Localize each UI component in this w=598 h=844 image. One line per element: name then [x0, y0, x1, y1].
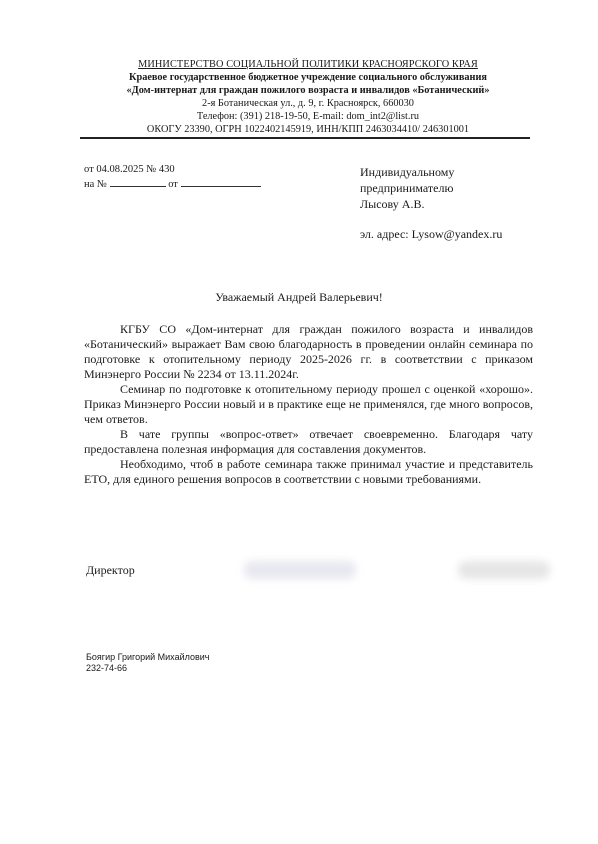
letterhead-divider — [80, 137, 530, 139]
org-contacts: Телефон: (391) 218-19-50, E-mail: dom_in… — [80, 110, 536, 123]
addressee-line: предпринимателю — [360, 180, 502, 196]
org-registry: ОКОГУ 23390, ОГРН 1022402145919, ИНН/КПП… — [80, 123, 536, 136]
body-paragraph: В чате группы «вопрос-ответ» отвечает св… — [84, 427, 533, 457]
redacted-signatory-name — [458, 561, 550, 579]
outgoing-reference: от 04.08.2025 № 430 на № от — [84, 163, 261, 191]
ministry-name: МИНИСТЕРСТВО СОЦИАЛЬНОЙ ПОЛИТИКИ КРАСНОЯ… — [80, 58, 536, 71]
addressee-line: Индивидуальному — [360, 164, 502, 180]
body-paragraph: КГБУ СО «Дом-интернат для граждан пожило… — [84, 322, 533, 382]
ref-prefix: на № — [84, 179, 107, 190]
incoming-reference: на № от — [84, 176, 261, 191]
executor-phone: 232-74-66 — [86, 663, 209, 674]
signatory-position: Директор — [86, 563, 135, 577]
ref-mid: от — [168, 179, 178, 190]
body-paragraph: Семинар по подготовке к отопительному пе… — [84, 382, 533, 427]
letterhead: МИНИСТЕРСТВО СОЦИАЛЬНОЙ ПОЛИТИКИ КРАСНОЯ… — [80, 58, 536, 136]
org-name: «Дом-интернат для граждан пожилого возра… — [80, 84, 536, 97]
executor-block: Боягир Григорий Михайлович 232-74-66 — [86, 652, 209, 674]
addressee-block: Индивидуальному предпринимателю Лысову А… — [360, 164, 502, 242]
letter-body: КГБУ СО «Дом-интернат для граждан пожило… — [84, 322, 533, 487]
executor-name: Боягир Григорий Михайлович — [86, 652, 209, 663]
signature-block: Директор — [86, 563, 526, 578]
addressee-email: эл. адрес: Lysow@yandex.ru — [360, 226, 502, 242]
ref-date-blank — [181, 176, 261, 187]
ref-number-blank — [110, 176, 166, 187]
outgoing-number: от 04.08.2025 № 430 — [84, 163, 261, 176]
body-paragraph: Необходимо, чтоб в работе семинара также… — [84, 457, 533, 487]
addressee-name: Лысову А.В. — [360, 196, 502, 212]
redacted-signature — [244, 561, 356, 579]
org-address: 2-я Ботаническая ул., д. 9, г. Красноярс… — [80, 97, 536, 110]
salutation: Уважаемый Андрей Валерьевич! — [0, 290, 598, 305]
org-type: Краевое государственное бюджетное учрежд… — [80, 71, 536, 84]
